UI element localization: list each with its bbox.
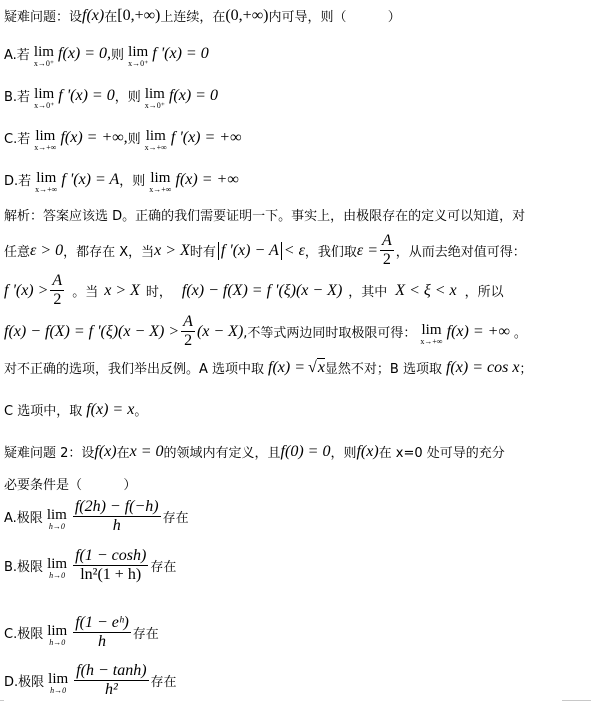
option-text: 则 bbox=[111, 44, 124, 63]
option-label: C.极限 bbox=[4, 623, 43, 642]
math-expr: f '(x) > bbox=[4, 282, 48, 300]
divider bbox=[0, 700, 4, 701]
lim-subscript: x→0⁺ bbox=[34, 101, 54, 110]
analysis-text: 任意 bbox=[4, 241, 30, 260]
stem-text: 疑难问题 2：设 bbox=[4, 442, 94, 461]
limit-operator: limx→+∞ bbox=[34, 129, 56, 152]
analysis-line-6: C 选项中，取 f(x) = x 。 bbox=[4, 400, 147, 419]
option-text: 存在 bbox=[150, 556, 176, 575]
stem-text: ，则 bbox=[330, 442, 356, 461]
math-expr: f(x) − f(X) = f '(ξ)(x − X) bbox=[182, 282, 342, 300]
lim-word: lim bbox=[34, 45, 54, 59]
math-fraction: f(1 − cosh)ln²(1 + h) bbox=[73, 547, 148, 584]
lim-word: lim bbox=[34, 87, 54, 101]
lim-word: lim bbox=[146, 129, 166, 143]
problem2-stem-line-1: 疑难问题 2：设 f(x) 在 x = 0 的领域内有定义，且 f(0) = 0… bbox=[4, 442, 505, 461]
math-expr: f '(x) = 0 bbox=[58, 87, 114, 105]
math-fraction: A2 bbox=[380, 232, 394, 269]
limit-operator: limx→0⁺ bbox=[34, 87, 54, 110]
analysis-text: ，都存在 X，当 bbox=[63, 241, 154, 260]
analysis-text: 。当 bbox=[72, 281, 98, 300]
problem1-option-c: C.若 limx→+∞ f(x) = +∞, 则 limx→+∞ f '(x) … bbox=[4, 126, 242, 149]
lim-word: lim bbox=[47, 624, 67, 638]
math-fx: f(x) bbox=[82, 7, 104, 25]
analysis-text: 时有 bbox=[190, 241, 216, 260]
math-fx: f(x) bbox=[94, 443, 116, 461]
limit-operator: limx→+∞ bbox=[149, 171, 171, 194]
denominator: 2 bbox=[381, 251, 393, 269]
stem-text: 在 bbox=[104, 6, 117, 25]
lim-subscript: x→0⁺ bbox=[145, 101, 165, 110]
stem-text: 在 bbox=[117, 442, 130, 461]
lim-word: lim bbox=[150, 171, 170, 185]
math-expr: X < ξ < x bbox=[395, 282, 456, 300]
math-expr: f(x) = 0, bbox=[58, 45, 111, 63]
numerator: A bbox=[50, 272, 64, 291]
lim-word: lim bbox=[145, 87, 165, 101]
math-expr: f(x) = cos x bbox=[446, 359, 519, 377]
limit-operator: limh→0 bbox=[47, 508, 67, 531]
problem2-option-c: C.极限 limh→0 f(1 − eʰ)h 存在 bbox=[4, 614, 159, 651]
math-abs: f '(x) − A bbox=[218, 242, 282, 260]
problem1-option-b: B.若 limx→0⁺ f '(x) = 0 ，则 limx→0⁺ f(x) =… bbox=[4, 84, 218, 107]
analysis-line-3: f '(x) > A2 。当 x > X 时， f(x) − f(X) = f … bbox=[4, 272, 504, 309]
limit-operator: limx→+∞ bbox=[145, 129, 167, 152]
math-expr: f(x) = +∞, bbox=[60, 129, 127, 147]
numerator: A bbox=[380, 232, 394, 251]
math-expr: f(x) = bbox=[268, 359, 305, 377]
math-expr: f '(x) = +∞ bbox=[171, 129, 242, 147]
analysis-line-1: 解析：答案应该选 D。正确的我们需要证明一下。事实上，由极限存在的定义可以知道，… bbox=[4, 205, 525, 224]
answer-blank bbox=[346, 8, 387, 23]
analysis-text: ； bbox=[519, 358, 532, 377]
limit-operator: limx→+∞ bbox=[420, 323, 442, 346]
divider bbox=[562, 700, 591, 701]
math-expr: f(x) = +∞ bbox=[447, 323, 510, 341]
stem-text: 在 x=0 处可导的充分 bbox=[379, 442, 505, 461]
option-text: 则 bbox=[128, 128, 141, 147]
lim-subscript: h→0 bbox=[49, 638, 65, 647]
lim-word: lim bbox=[422, 323, 442, 337]
lim-subscript: x→+∞ bbox=[145, 143, 167, 152]
math-fraction: f(h − tanh)h² bbox=[74, 662, 148, 699]
limit-operator: limx→0⁺ bbox=[128, 45, 148, 68]
lim-word: lim bbox=[47, 508, 67, 522]
option-label: A.极限 bbox=[4, 507, 43, 526]
limit-operator: limx→+∞ bbox=[35, 171, 57, 194]
problem2-option-a: A.极限 limh→0 f(2h) − f(−h)h 存在 bbox=[4, 498, 189, 535]
math-expr: f(x) = x bbox=[86, 401, 134, 419]
numerator: f(1 − eʰ) bbox=[73, 614, 131, 633]
math-interval: (0,+∞) bbox=[225, 7, 268, 25]
math-expr: f '(x) = 0 bbox=[152, 45, 208, 63]
math-fraction: A2 bbox=[50, 272, 64, 309]
problem2-option-d: D.极限 limh→0 f(h − tanh)h² 存在 bbox=[4, 662, 177, 699]
lim-word: lim bbox=[128, 45, 148, 59]
option-label: B.极限 bbox=[4, 556, 43, 575]
math-expr: f '(x) = A bbox=[61, 171, 119, 189]
math-fx: f(x) bbox=[356, 443, 378, 461]
option-text: 存在 bbox=[133, 623, 159, 642]
numerator: f(h − tanh) bbox=[74, 662, 148, 681]
lim-word: lim bbox=[36, 171, 56, 185]
math-expr: f(x) = 0 bbox=[169, 87, 218, 105]
analysis-text: ，所以 bbox=[465, 281, 504, 300]
math-expr: f(x) − f(X) = f '(ξ)(x − X) > bbox=[4, 323, 179, 341]
limit-operator: limh→0 bbox=[47, 624, 67, 647]
math-expr: x > X bbox=[154, 242, 190, 260]
lim-word: lim bbox=[47, 557, 67, 571]
option-text: 存在 bbox=[151, 671, 177, 690]
option-label: D.若 bbox=[4, 170, 31, 189]
numerator: f(2h) − f(−h) bbox=[73, 498, 161, 517]
math-expr: ε = bbox=[357, 242, 378, 260]
analysis-text: ，其中 bbox=[348, 281, 387, 300]
analysis-text: 。 bbox=[134, 400, 147, 419]
analysis-text: ,不等式两边同时取极限可得： bbox=[243, 322, 416, 341]
analysis-text: 。 bbox=[514, 322, 527, 341]
analysis-text: 对不正确的选项，我们举出反例。A 选项中取 bbox=[4, 358, 264, 377]
lim-subscript: h→0 bbox=[49, 522, 65, 531]
math-fraction: A2 bbox=[181, 313, 195, 350]
option-text: 存在 bbox=[163, 507, 189, 526]
lim-subscript: h→0 bbox=[50, 686, 66, 695]
analysis-text: 时， bbox=[146, 281, 172, 300]
stem-text: 内可导，则（ bbox=[268, 6, 346, 25]
problem1-option-d: D.若 limx→+∞ f '(x) = A ，则 limx→+∞ f(x) =… bbox=[4, 168, 239, 191]
lim-subscript: x→+∞ bbox=[34, 143, 56, 152]
math-fraction: f(2h) − f(−h)h bbox=[73, 498, 161, 535]
stem-text: ） bbox=[388, 6, 401, 25]
math-expr: f(0) = 0 bbox=[281, 443, 331, 461]
lim-subscript: x→+∞ bbox=[149, 185, 171, 194]
denominator: 2 bbox=[182, 332, 194, 350]
stem-text: 的领域内有定义，且 bbox=[164, 442, 281, 461]
lim-subscript: x→+∞ bbox=[35, 185, 57, 194]
option-label: A.若 bbox=[4, 44, 30, 63]
sqrt-icon: √ bbox=[308, 359, 317, 377]
lim-subscript: x→0⁺ bbox=[128, 59, 148, 68]
lim-subscript: x→+∞ bbox=[420, 337, 442, 346]
problem1-stem: 疑难问题：设 f(x) 在 [0,+∞) 上连续，在 (0,+∞) 内可导，则（… bbox=[4, 6, 401, 25]
analysis-text: 显然不对；B 选项取 bbox=[325, 358, 442, 377]
option-label: C.若 bbox=[4, 128, 30, 147]
math-expr: ε > 0 bbox=[30, 242, 63, 260]
stem-text: 必要条件是（ ） bbox=[4, 474, 136, 493]
lim-subscript: x→0⁺ bbox=[34, 59, 54, 68]
lim-word: lim bbox=[35, 129, 55, 143]
denominator: ln²(1 + h) bbox=[78, 566, 143, 584]
math-expr: < ε bbox=[284, 242, 305, 260]
option-text: ，则 bbox=[115, 86, 141, 105]
denominator: 2 bbox=[51, 291, 63, 309]
problem2-option-b: B.极限 limh→0 f(1 − cosh)ln²(1 + h) 存在 bbox=[4, 547, 176, 584]
limit-operator: limh→0 bbox=[47, 557, 67, 580]
analysis-text: ，我们取 bbox=[305, 241, 357, 260]
numerator: A bbox=[181, 313, 195, 332]
denominator: h bbox=[111, 517, 123, 535]
numerator: f(1 − cosh) bbox=[73, 547, 148, 566]
stem-text: 上连续，在 bbox=[160, 6, 225, 25]
problem1-option-a: A.若 limx→0⁺ f(x) = 0, 则 limx→0⁺ f '(x) =… bbox=[4, 42, 209, 65]
analysis-text: ，从而去绝对值可得： bbox=[396, 241, 526, 260]
math-fraction: f(1 − eʰ)h bbox=[73, 614, 131, 651]
math-expr: x > X bbox=[104, 282, 140, 300]
math-expr: f(x) = +∞ bbox=[176, 171, 239, 189]
analysis-line-2: 任意 ε > 0 ，都存在 X，当 x > X 时有 f '(x) − A < … bbox=[4, 232, 526, 269]
analysis-text: 解析：答案应该选 D。正确的我们需要证明一下。事实上，由极限存在的定义可以知道，… bbox=[4, 205, 525, 224]
option-label: B.若 bbox=[4, 86, 30, 105]
option-text: ，则 bbox=[119, 170, 145, 189]
lim-subscript: h→0 bbox=[49, 571, 65, 580]
limit-operator: limx→0⁺ bbox=[34, 45, 54, 68]
math-expr: x = 0 bbox=[130, 443, 164, 461]
analysis-line-4: f(x) − f(X) = f '(ξ)(x − X) > A2 (x − X)… bbox=[4, 313, 527, 350]
limit-operator: limh→0 bbox=[48, 672, 68, 695]
lim-word: lim bbox=[48, 672, 68, 686]
problem2-stem-line-2: 必要条件是（ ） bbox=[4, 474, 136, 493]
denominator: h² bbox=[103, 681, 120, 699]
denominator: h bbox=[96, 633, 108, 651]
math-expr: (x − X) bbox=[197, 323, 243, 341]
stem-text: 疑难问题：设 bbox=[4, 6, 82, 25]
limit-operator: limx→0⁺ bbox=[145, 87, 165, 110]
math-interval: [0,+∞) bbox=[117, 7, 160, 25]
analysis-line-5: 对不正确的选项，我们举出反例。A 选项中取 f(x) = √x 显然不对；B 选… bbox=[4, 358, 532, 377]
math-radicand: x bbox=[317, 358, 325, 377]
analysis-text: C 选项中，取 bbox=[4, 400, 82, 419]
option-label: D.极限 bbox=[4, 671, 44, 690]
